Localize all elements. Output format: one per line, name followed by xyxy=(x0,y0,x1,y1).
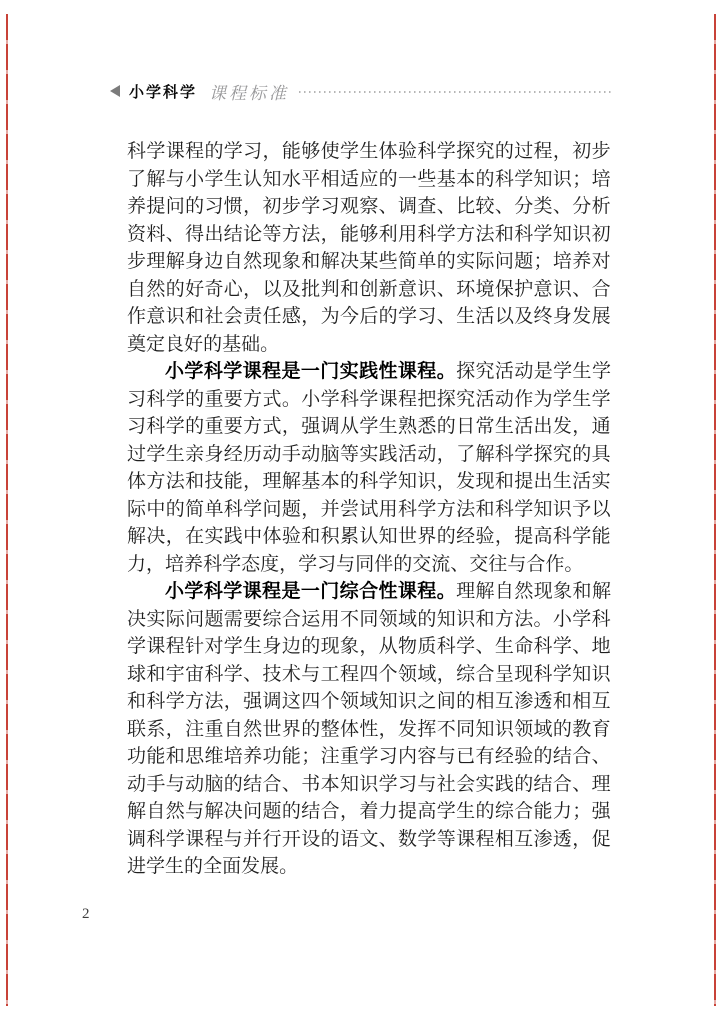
text-line: 步理解身边自然现象和解决某些简单的实际问题；培养对 xyxy=(127,248,611,276)
text-line: 作意识和社会责任感，为今后的学习、生活以及终身发展 xyxy=(127,303,611,331)
text-line: 功能和思维培养功能；注重学习内容与已有经验的结合、 xyxy=(127,743,611,771)
text-line: 体方法和技能，理解基本的科学知识，发现和提出生活实 xyxy=(127,468,611,496)
left-scan-edge-line xyxy=(6,14,8,1006)
text-line: 力，培养科学态度，学习与同伴的交流、交往与合作。 xyxy=(127,551,611,579)
text-line: 进学生的全面发展。 xyxy=(127,853,611,881)
text-line: 科学课程的学习，能够使学生体验科学探究的过程，初步 xyxy=(127,138,611,166)
body-text: 科学课程的学习，能够使学生体验科学探究的过程，初步了解与小学生认知水平相适应的一… xyxy=(127,138,611,881)
header-subtitle: 课程标准 xyxy=(209,79,289,104)
text-line: 习科学的重要方式。小学科学课程把探究活动作为学生学 xyxy=(127,386,611,414)
text-line: 决实际问题需要综合运用不同领域的知识和方法。小学科 xyxy=(127,606,611,634)
text-line: 动手与动脑的结合、书本知识学习与社会实践的结合、理 xyxy=(127,771,611,799)
text-line: 资料、得出结论等方法，能够利用科学方法和科学知识初 xyxy=(127,221,611,249)
text-line: 奠定良好的基础。 xyxy=(127,331,611,359)
book-title: 小学科学 xyxy=(129,81,197,102)
book-page: 小学科学 课程标准 科学课程的学习，能够使学生体验科学探究的过程，初步了解与小学… xyxy=(0,0,722,1020)
text-line: 小学科学课程是一门综合性课程。理解自然现象和解 xyxy=(127,578,611,606)
text-line: 球和宇宙科学、技术与工程四个领域，综合呈现科学知识 xyxy=(127,661,611,689)
text-line: 联系，注重自然世界的整体性，发挥不同知识领域的教育 xyxy=(127,716,611,744)
text-line: 解决，在实践中体验和积累认知世界的经验，提高科学能 xyxy=(127,523,611,551)
left-triangle-icon xyxy=(110,85,120,97)
header-dotted-rule xyxy=(299,91,612,93)
text-line: 了解与小学生认知水平相适应的一些基本的科学知识；培 xyxy=(127,166,611,194)
page-number: 2 xyxy=(82,906,90,923)
text-line: 际中的简单科学问题，并尝试用科学方法和科学知识予以 xyxy=(127,496,611,524)
text-line: 和科学方法，强调这四个领域知识之间的相互渗透和相互 xyxy=(127,688,611,716)
text-line: 自然的好奇心，以及批判和创新意识、环境保护意识、合 xyxy=(127,276,611,304)
text-line: 养提问的习惯，初步学习观察、调查、比较、分类、分析 xyxy=(127,193,611,221)
text-line: 解自然与解决问题的结合，着力提高学生的综合能力；强 xyxy=(127,798,611,826)
text-line: 习科学的重要方式，强调从学生熟悉的日常生活出发，通 xyxy=(127,413,611,441)
text-line: 过学生亲身经历动手动脑等实践活动，了解科学探究的具 xyxy=(127,441,611,469)
text-line: 学课程针对学生身边的现象，从物质科学、生命科学、地 xyxy=(127,633,611,661)
text-line: 调科学课程与并行开设的语文、数学等课程相互渗透，促 xyxy=(127,826,611,854)
page-header: 小学科学 课程标准 xyxy=(110,80,612,102)
right-scan-edge-line xyxy=(714,14,716,1006)
text-line: 小学科学课程是一门实践性课程。探究活动是学生学 xyxy=(127,358,611,386)
